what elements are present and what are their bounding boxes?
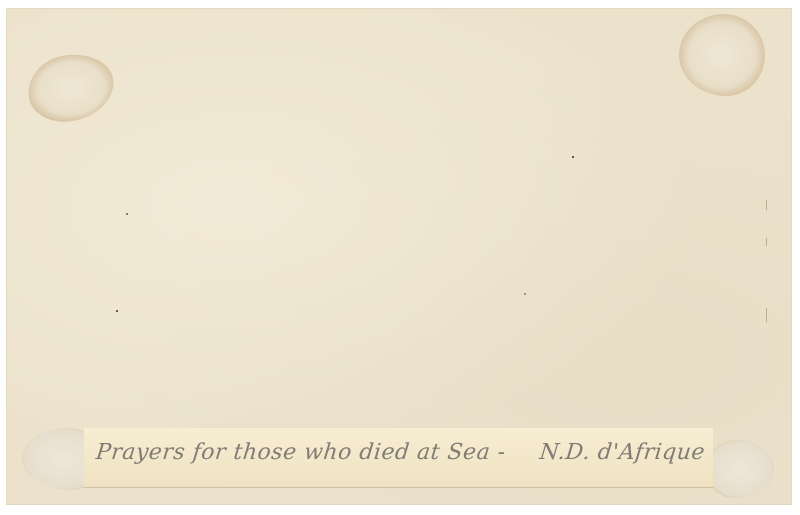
edge-mark — [766, 200, 767, 210]
stain-bottom-right — [706, 440, 774, 498]
label-title: Prayers for those who died at Sea - — [95, 440, 507, 465]
speck — [524, 293, 526, 295]
edge-mark — [766, 308, 767, 322]
label-place: N.D. d'Afrique — [538, 440, 706, 465]
handwritten-label: Prayers for those who died at Sea -N.D. … — [84, 428, 713, 487]
card-paper: Prayers for those who died at Sea -N.D. … — [6, 8, 792, 505]
label-text: Prayers for those who died at Sea -N.D. … — [95, 440, 707, 465]
speck — [572, 156, 574, 158]
edge-mark — [766, 238, 767, 246]
speck — [116, 310, 118, 312]
stain-top-right — [679, 14, 765, 96]
speck — [126, 213, 128, 215]
stain-top-left — [24, 49, 118, 126]
